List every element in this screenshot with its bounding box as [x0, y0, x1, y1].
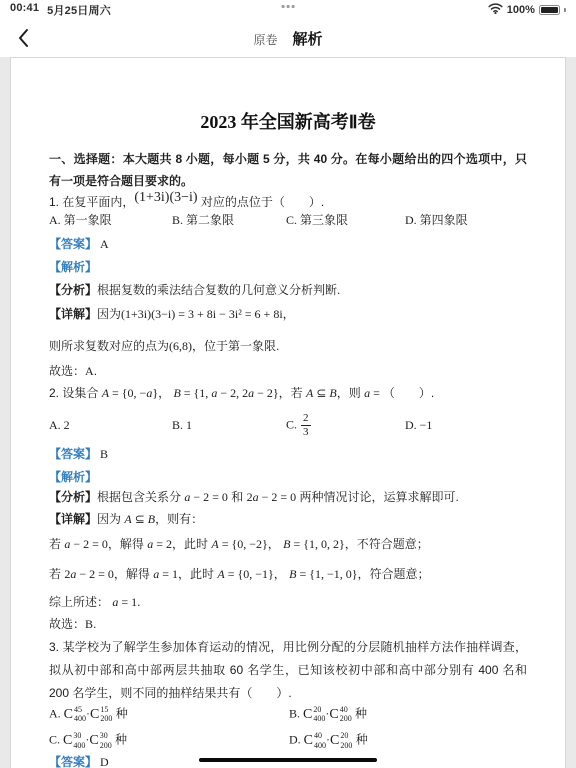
q1-conclusion: 故选：A. [49, 363, 527, 380]
q2-case-2: 若 2a − 2 = 0，解得 a = 1，此时 A = {0, −1}， B … [49, 564, 527, 584]
q3-option-c: C. C30400·C30200 种 [49, 731, 289, 749]
tab-original-paper[interactable]: 原卷 [253, 31, 277, 48]
battery-icon [539, 5, 560, 15]
battery-percent: 100% [507, 4, 535, 16]
q3-option-a: A. C45400·C15200 种 [49, 705, 289, 723]
q1-answer: 【答案】 A [49, 236, 527, 253]
q2-summary: 综上所述： a = 1. [49, 594, 527, 611]
q1-detail-1: 【详解】因为(1+3i)(3−i) = 3 + 8i − 3i² = 6 + 8… [49, 304, 527, 324]
paper-title: 2023 年全国新高考Ⅱ卷 [49, 110, 527, 134]
q1-option-a: A. 第一象限 [49, 212, 172, 229]
q3-option-d: D. C40400·C20200 种 [289, 731, 527, 749]
q2-case-1: 若 a − 2 = 0，解得 a = 2，此时 A = {0, −2}， B =… [49, 534, 527, 554]
q2-option-a: A. 2 [49, 417, 172, 434]
q1-option-d: D. 第四象限 [405, 212, 527, 229]
nav-bar: 原卷 解析 [0, 20, 576, 57]
q3-option-b: B. C20400·C40200 种 [289, 705, 527, 723]
q2-analysis-header: 【解析】 [49, 469, 527, 486]
home-indicator[interactable] [199, 758, 377, 762]
tab-analysis[interactable]: 解析 [293, 28, 323, 49]
q1-analysis-header: 【解析】 [49, 259, 527, 276]
q2-option-d: D. −1 [405, 417, 527, 434]
document-viewport[interactable]: 2023 年全国新高考Ⅱ卷 一、选择题：本大题共 8 小题，每小题 5 分，共 … [0, 57, 576, 768]
q1-stem: 1. 在复平面内，(1+3i)(3−i) 对应的点位于（ ）. [49, 192, 527, 212]
q1-option-b: B. 第二象限 [172, 212, 286, 229]
q2-conclusion: 故选：B. [49, 616, 527, 633]
chevron-left-icon [17, 28, 29, 48]
wifi-icon [488, 3, 503, 17]
multitask-ellipsis-icon [282, 5, 295, 8]
q1-option-c: C. 第三象限 [286, 212, 405, 229]
q2-stem: 2. 设集合 A = {0, −a}， B = {1, a − 2, 2a − … [49, 383, 527, 403]
q3-stem: 3. 某学校为了解学生参加体育运动的情况，用比例分配的分层随机抽样方法作抽样调查… [49, 636, 527, 705]
status-bar: 00:41 5月25日周六 100% [0, 0, 576, 20]
back-button[interactable] [10, 25, 36, 51]
q2-analysis: 【分析】根据包含关系分 a − 2 = 0 和 2a − 2 = 0 两种情况讨… [49, 489, 527, 506]
q2-answer: 【答案】 B [49, 446, 527, 463]
q1-options: A. 第一象限 B. 第二象限 C. 第三象限 D. 第四象限 [49, 212, 527, 229]
view-tabs: 原卷 解析 [253, 28, 322, 49]
battery-nub [564, 8, 566, 12]
status-date: 5月25日周六 [47, 2, 111, 18]
q3-options: A. C45400·C15200 种 B. C20400·C40200 种 C.… [49, 705, 527, 750]
q1-analysis: 【分析】根据复数的乘法结合复数的几何意义分析判断. [49, 282, 527, 299]
status-time-date: 00:41 5月25日周六 [10, 2, 111, 18]
status-time: 00:41 [10, 2, 39, 18]
section-header: 一、选择题：本大题共 8 小题，每小题 5 分，共 40 分。在每小题给出的四个… [49, 148, 527, 192]
q2-option-c: C. 23 [286, 412, 405, 438]
q2-option-b: B. 1 [172, 417, 286, 434]
q2-options: A. 2 B. 1 C. 23 D. −1 [49, 409, 527, 441]
q1-detail-2: 则所求复数对应的点为(6,8)，位于第一象限. [49, 338, 527, 355]
document-page: 2023 年全国新高考Ⅱ卷 一、选择题：本大题共 8 小题，每小题 5 分，共 … [10, 57, 566, 768]
q2-detail-1: 【详解】因为 A ⊆ B，则有： [49, 511, 527, 528]
